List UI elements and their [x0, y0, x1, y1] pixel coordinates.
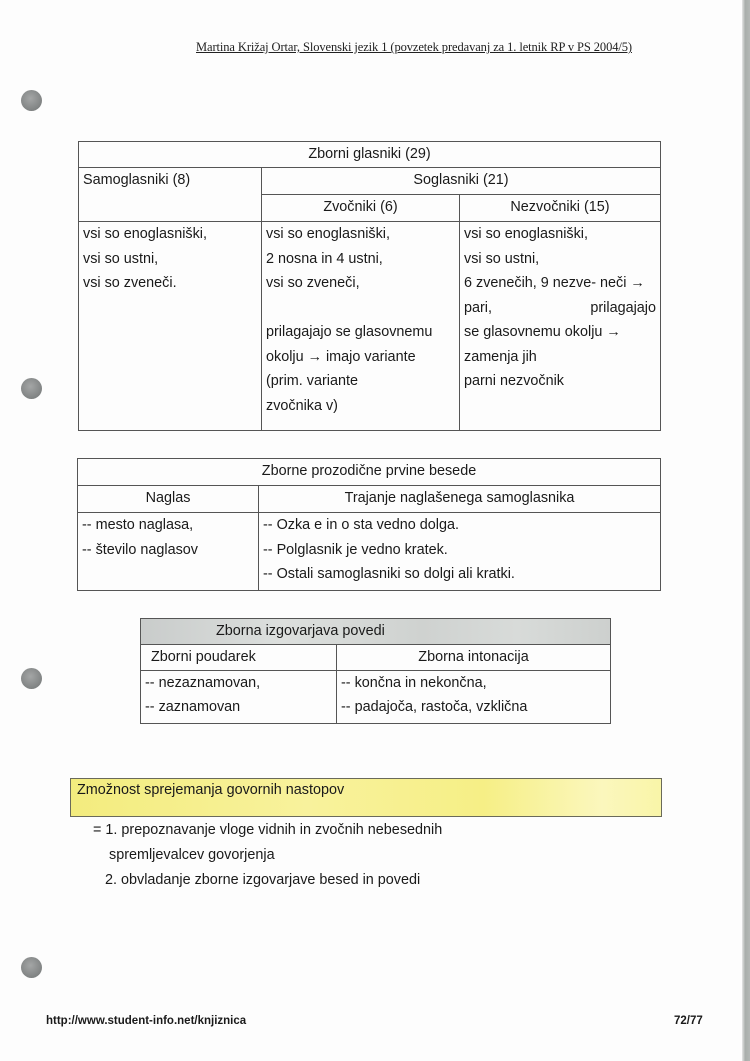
- punch-hole: [21, 957, 42, 978]
- punch-hole: [21, 378, 42, 399]
- list-item: 2. obvladanje zborne izgovarjave besed i…: [93, 868, 442, 893]
- page-edge: [742, 0, 750, 1061]
- header-intonacija: Zborna intonacija: [337, 644, 611, 670]
- highlighted-heading: Zmožnost sprejemanja govornih nastopov: [70, 778, 662, 817]
- header-trajanje: Trajanje naglašenega samoglasnika: [259, 486, 661, 513]
- page-number: 72/77: [674, 1015, 703, 1027]
- cell-intonacija: -- končna in nekončna, -- padajoča, rast…: [337, 670, 611, 723]
- table-title: Zborni glasniki (29): [79, 142, 661, 168]
- header-poudarek: Zborni poudarek: [141, 644, 337, 670]
- justified-line: pari,prilagajajo: [464, 296, 656, 321]
- numbered-list: = 1. prepoznavanje vloge vidnih in zvočn…: [93, 818, 442, 893]
- header-zvocniki: Zvočniki (6): [262, 195, 460, 222]
- cell-poudarek: -- nezaznamovan, -- zaznamovan: [141, 670, 337, 723]
- table-prozodicne-prvine: Zborne prozodične prvine besede Naglas T…: [77, 458, 661, 591]
- header-nezvocniki: Nezvočniki (15): [460, 195, 661, 222]
- cell-zvocniki: vsi so enoglasniški, 2 nosna in 4 ustni,…: [262, 222, 460, 431]
- header-naglas: Naglas: [78, 486, 259, 513]
- cell-nezvocniki: vsi so enoglasniški, vsi so ustni, 6 zve…: [460, 222, 661, 431]
- list-item: spremljevalcev govorjenja: [93, 843, 442, 868]
- header-soglasniki: Soglasniki (21): [262, 168, 661, 195]
- cell-naglas: -- mesto naglasa, -- število naglasov: [78, 513, 259, 591]
- table-title: Zborna izgovarjava povedi: [141, 619, 611, 645]
- page-header: Martina Križaj Ortar, Slovenski jezik 1 …: [196, 40, 676, 55]
- table-zborni-glasniki: Zborni glasniki (29) Samoglasniki (8) So…: [78, 141, 661, 431]
- punch-hole: [21, 668, 42, 689]
- heading-text: Zmožnost sprejemanja govornih nastopov: [77, 782, 344, 798]
- cell-trajanje: -- Ozka e in o sta vedno dolga. -- Polgl…: [259, 513, 661, 591]
- cell-samoglasniki: vsi so enoglasniški, vsi so ustni, vsi s…: [79, 222, 262, 431]
- footer-url[interactable]: http://www.student-info.net/knjiznica: [46, 1015, 246, 1027]
- table-izgovarjava-povedi: Zborna izgovarjava povedi Zborni poudare…: [140, 618, 611, 724]
- header-samoglasniki: Samoglasniki (8): [79, 168, 262, 222]
- punch-hole: [21, 90, 42, 111]
- list-item: = 1. prepoznavanje vloge vidnih in zvočn…: [93, 818, 442, 843]
- table-title: Zborne prozodične prvine besede: [78, 459, 661, 486]
